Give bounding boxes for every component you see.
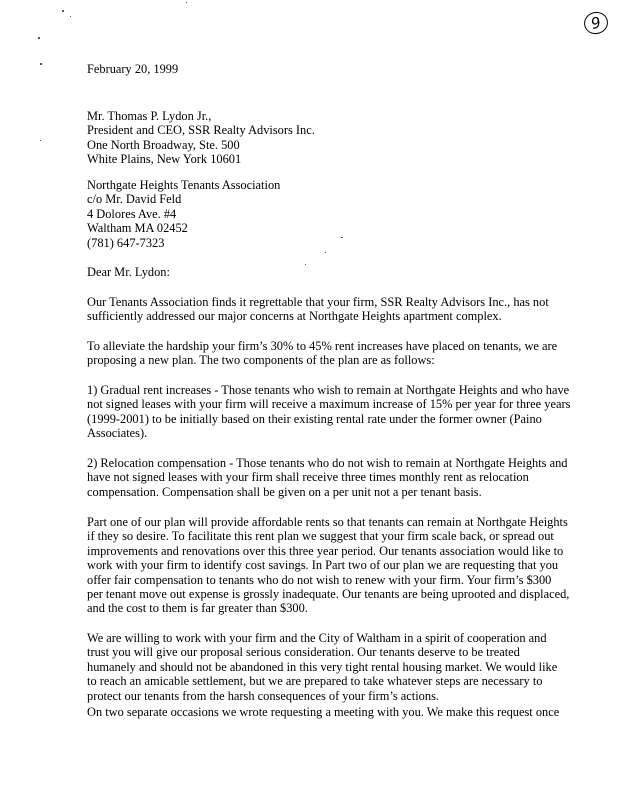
paragraph-line: to reach an amicable settlement, but we …: [87, 674, 587, 688]
paragraph-line: and the cost to them is far greater than…: [87, 601, 587, 615]
paragraph-line: sufficiently addressed our major concern…: [87, 309, 587, 323]
sender-phone: (781) 647-7323: [87, 236, 587, 250]
paragraph-line: per tenant move out expense is grossly i…: [87, 587, 587, 601]
paragraph-line: To alleviate the hardship your firm’s 30…: [87, 339, 587, 353]
paragraph-line: We are willing to work with your firm an…: [87, 631, 587, 645]
scan-speck: [186, 2, 187, 3]
paragraph-gradual-rent: 1) Gradual rent increases - Those tenant…: [87, 383, 587, 441]
paragraph-line: Our Tenants Association finds it regrett…: [87, 295, 587, 309]
paragraph-line: humanely and should not be abandoned in …: [87, 660, 587, 674]
paragraph-line: 1) Gradual rent increases - Those tenant…: [87, 383, 587, 397]
scan-speck: [40, 140, 41, 141]
sender-org: Northgate Heights Tenants Association: [87, 178, 587, 192]
paragraph-line: offer fair compensation to tenants who d…: [87, 573, 587, 587]
scan-speck: [325, 252, 326, 253]
paragraph-line: if they so desire. To facilitate this re…: [87, 529, 587, 543]
paragraph-line: have not signed leases with your firm sh…: [87, 470, 587, 484]
paragraph-line: Part one of our plan will provide afford…: [87, 515, 587, 529]
paragraph-line: protect our tenants from the harsh conse…: [87, 689, 587, 703]
paragraph-proposal: To alleviate the hardship your firm’s 30…: [87, 339, 587, 368]
paragraph-relocation: 2) Relocation compensation - Those tenan…: [87, 456, 587, 499]
scan-speck: [62, 10, 64, 12]
recipient-city: White Plains, New York 10601: [87, 152, 587, 166]
recipient-title: President and CEO, SSR Realty Advisors I…: [87, 123, 587, 137]
paragraph-line: (1999-2001) to be initially based on the…: [87, 412, 587, 426]
page-number-mark: 9: [582, 9, 611, 36]
letter-page: 9 February 20, 1999 Mr. Thomas P. Lydon …: [0, 0, 630, 810]
paragraph-line: not signed leases with your firm will re…: [87, 397, 587, 411]
letter-date: February 20, 1999: [87, 62, 587, 76]
paragraph-line: 2) Relocation compensation - Those tenan…: [87, 456, 587, 470]
paragraph-line: Associates).: [87, 426, 587, 440]
paragraph-plan-details: Part one of our plan will provide afford…: [87, 515, 587, 616]
sender-city: Waltham MA 02452: [87, 221, 587, 235]
paragraph-line: On two separate occasions we wrote reque…: [87, 705, 587, 719]
paragraph-line: compensation. Compensation shall be give…: [87, 485, 587, 499]
sender-street: 4 Dolores Ave. #4: [87, 207, 587, 221]
recipient-street: One North Broadway, Ste. 500: [87, 138, 587, 152]
paragraph-meeting-request: On two separate occasions we wrote reque…: [87, 705, 587, 719]
scan-speck: [38, 37, 40, 39]
paragraph-intro: Our Tenants Association finds it regrett…: [87, 295, 587, 324]
recipient-name: Mr. Thomas P. Lydon Jr.,: [87, 109, 587, 123]
paragraph-line: trust you will give our proposal serious…: [87, 645, 587, 659]
paragraph-line: work with your firm to identify cost sav…: [87, 558, 587, 572]
paragraph-cooperation: We are willing to work with your firm an…: [87, 631, 587, 703]
scan-speck: [70, 16, 71, 17]
paragraph-line: improvements and renovations over this t…: [87, 544, 587, 558]
scan-speck: [40, 63, 42, 65]
paragraph-line: proposing a new plan. The two components…: [87, 353, 587, 367]
salutation: Dear Mr. Lydon:: [87, 265, 587, 279]
sender-contact: c/o Mr. David Feld: [87, 192, 587, 206]
